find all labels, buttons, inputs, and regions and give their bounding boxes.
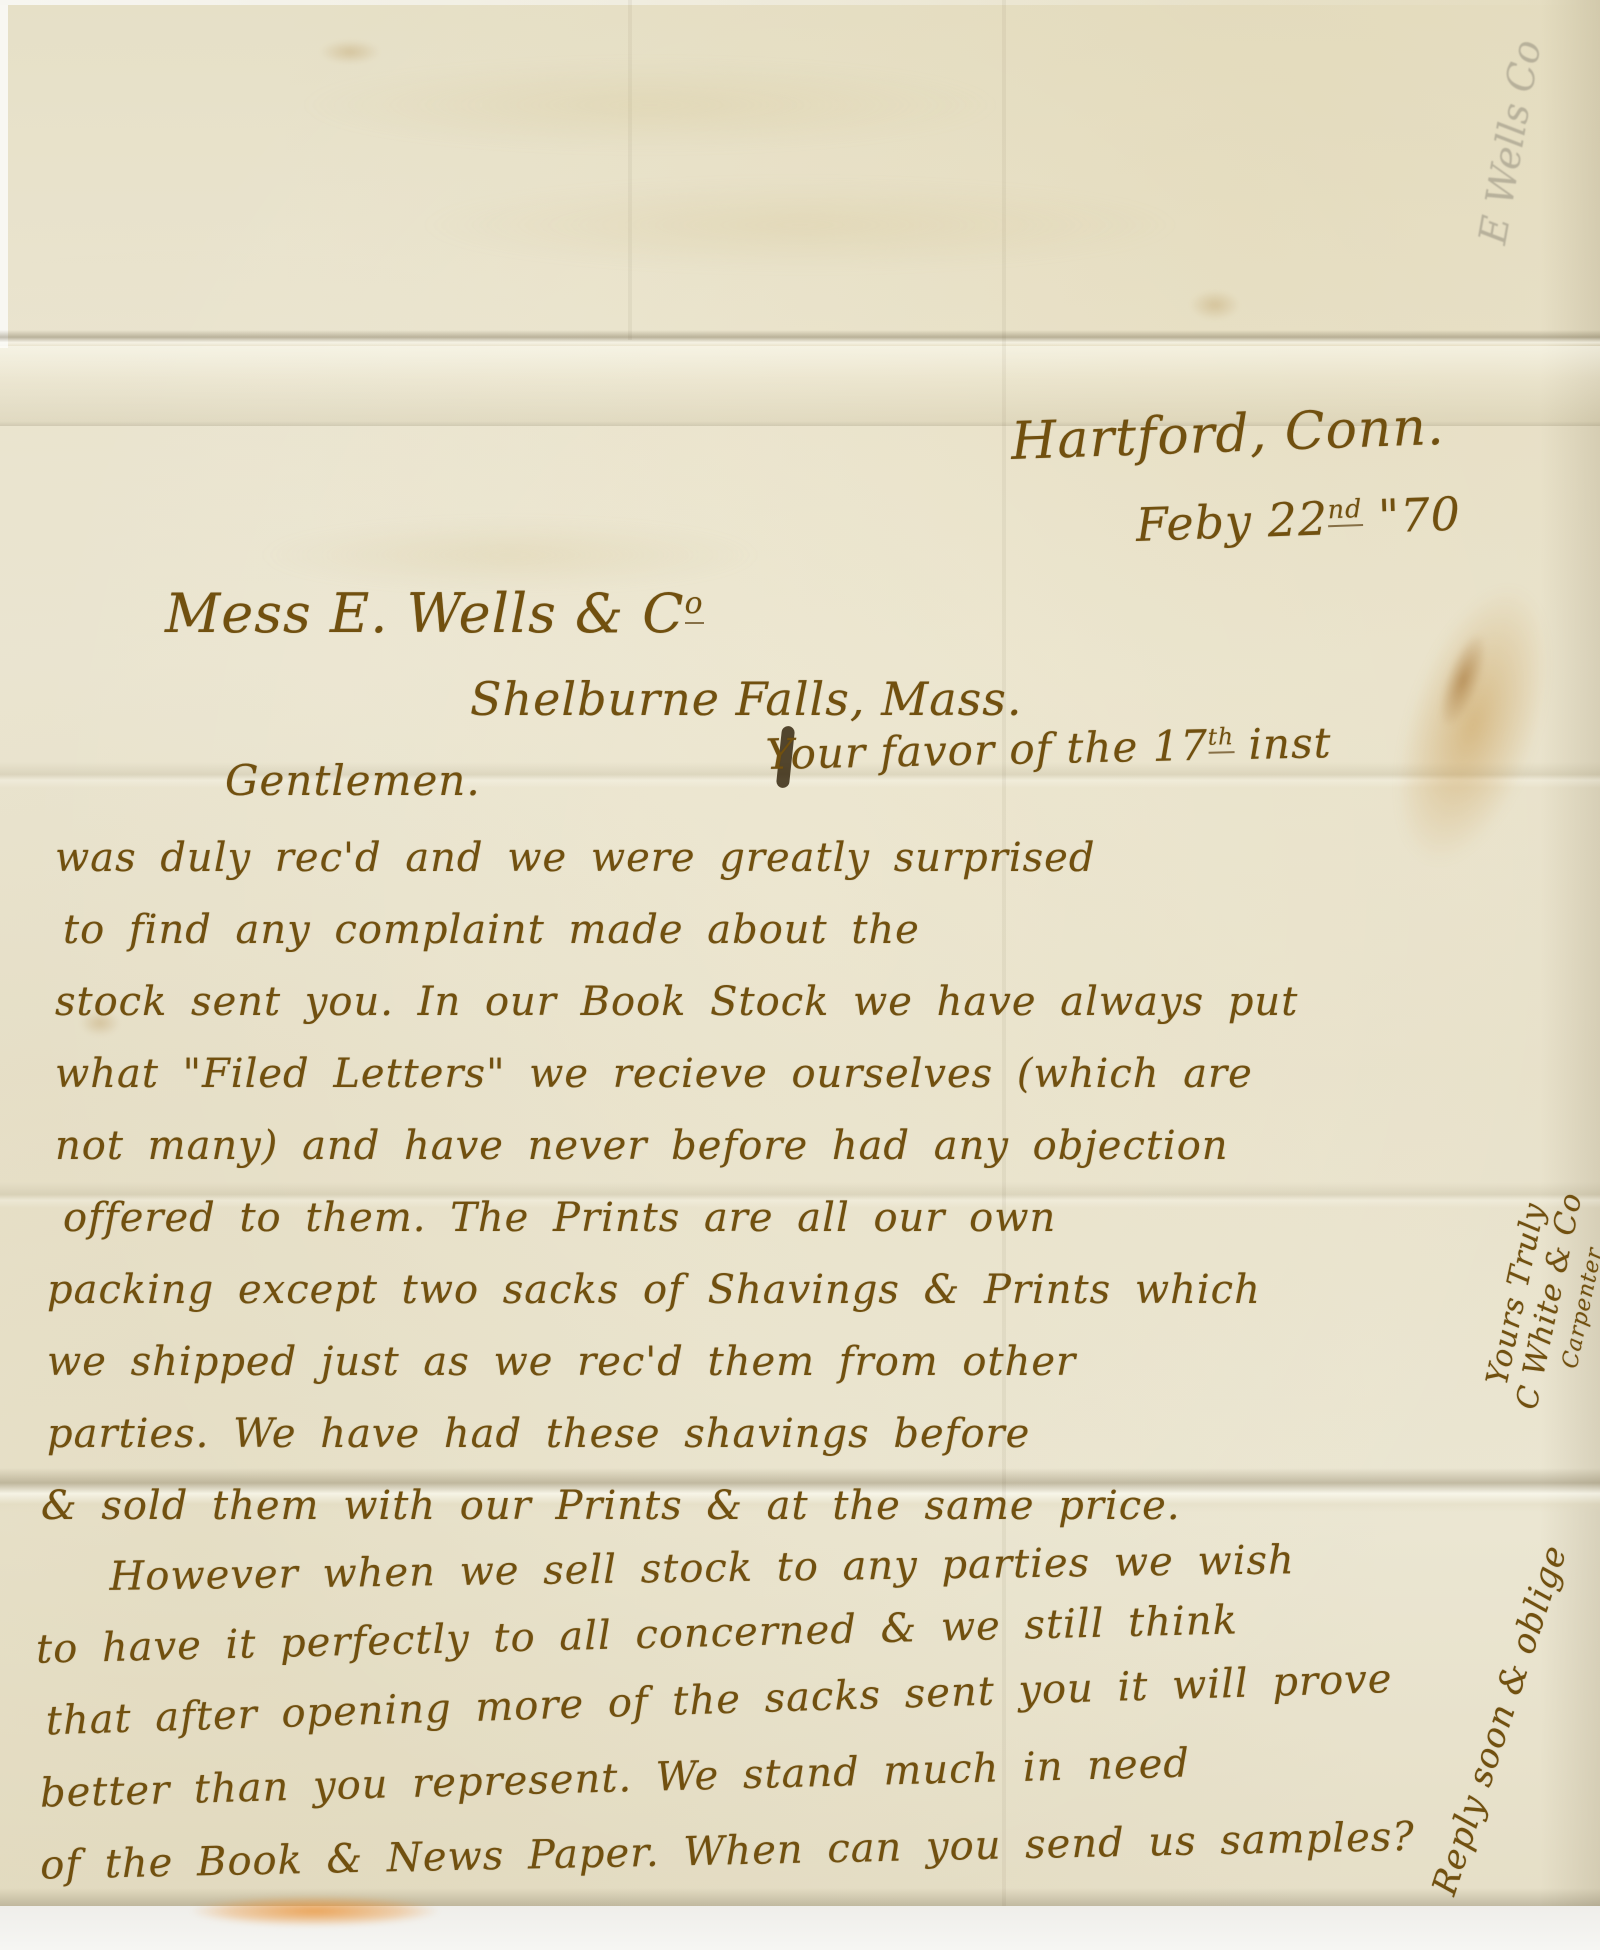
date-line: Feby 22nd "70 — [1135, 487, 1462, 552]
date-year: "70 — [1362, 487, 1462, 544]
vertical-crease-1 — [628, 0, 632, 340]
fold-crease-top — [0, 330, 1600, 346]
salutation: Gentlemen. — [225, 756, 481, 805]
opening-sup: th — [1208, 724, 1235, 754]
letter-page: E Wells Co Hartford, Conn. Feby 22nd "70… — [0, 0, 1600, 1950]
body-line: we shipped just as we rec'd them from ot… — [25, 1326, 1570, 1398]
paper-edge-top — [0, 0, 1600, 5]
body-line: offered to them. The Prints are all our … — [25, 1182, 1570, 1254]
opening-pre: Your favor of the 17 — [765, 721, 1209, 779]
opening-post: inst — [1234, 718, 1332, 769]
date-ordinal: nd — [1327, 494, 1363, 527]
body-line: was duly rec'd and we were greatly surpr… — [25, 822, 1570, 894]
recipient-name: Mess E. Wells & Co — [165, 582, 704, 645]
letter-body: was duly rec'd and we were greatly surpr… — [25, 822, 1570, 1902]
recipient-address: Shelburne Falls, Mass. — [470, 672, 1022, 726]
body-line: parties. We have had these shavings befo… — [25, 1398, 1570, 1470]
foxing-spot — [320, 40, 380, 64]
bleed-through-mark — [420, 180, 1180, 270]
foxing-spot — [1190, 290, 1240, 320]
bleed-through-mark — [260, 520, 760, 590]
recipient-name-sup: o — [685, 586, 704, 624]
body-line: to find any complaint made about the — [25, 894, 1570, 966]
recipient-name-main: Mess E. Wells & C — [165, 582, 685, 645]
date-day: Feby 22 — [1135, 491, 1329, 552]
paper-edge-left — [0, 0, 8, 348]
body-line: what "Filed Letters" we recieve ourselve… — [25, 1038, 1570, 1110]
body-line: packing except two sacks of Shavings & P… — [25, 1254, 1570, 1326]
body-line: not many) and have never before had any … — [25, 1110, 1570, 1182]
body-line: stock sent you. In our Book Stock we hav… — [25, 966, 1570, 1038]
bleed-through-mark — [300, 60, 1000, 150]
